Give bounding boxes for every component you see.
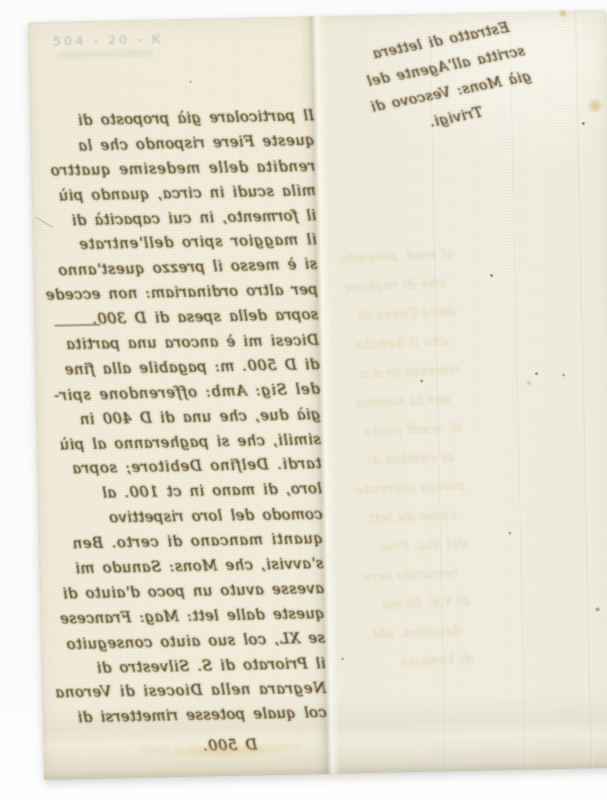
vertical-crease xyxy=(509,12,528,770)
letter-line: rendita delle medesime quattro xyxy=(37,155,315,184)
ink-stain xyxy=(558,9,568,18)
docket-note: Estratto di lettera scritta all'Agente d… xyxy=(335,8,561,151)
archival-stamp: 504 - 20 - K xyxy=(52,31,172,49)
letter-line: comodo del loro rispettivo xyxy=(44,503,322,532)
ink-stain xyxy=(526,380,532,386)
letter-line: Negrara nella Diocesi di Verona xyxy=(48,677,326,706)
ink-stain xyxy=(586,98,604,113)
letter-line: col quale potesse rimettersi di xyxy=(48,701,326,732)
paper-specks xyxy=(28,22,30,24)
scan-background: 504 - 20 - K Estratto di lettera scritta… xyxy=(0,0,607,800)
vertical-crease xyxy=(575,11,594,769)
ghost-line: di Venezia xyxy=(334,645,473,680)
letter-text-bleedthrough: Il particolare già proposto di queste Fi… xyxy=(36,104,328,763)
stamp-smudge xyxy=(57,50,153,59)
letter-page: 504 - 20 - K Estratto di lettera scritta… xyxy=(28,10,607,780)
ghost-text-recto: al med. potendo che di ragione della Cas… xyxy=(315,240,473,681)
letter-line: Dicesi mi è ancora una partita xyxy=(41,329,319,358)
